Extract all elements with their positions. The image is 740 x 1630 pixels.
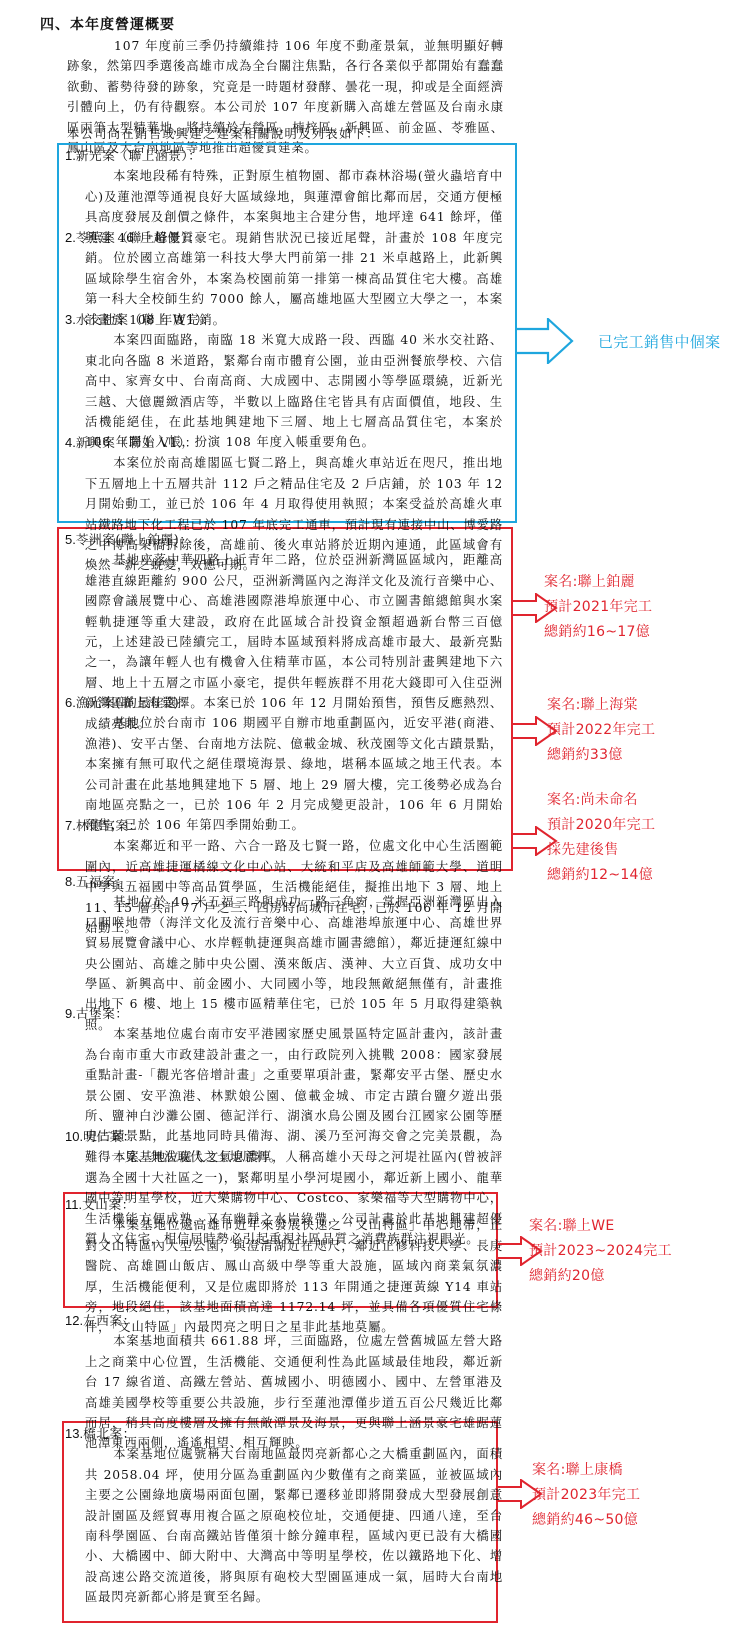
project-title: 苓洲案(聯上鉑麗)： — [76, 532, 193, 547]
document-page: 四、本年度營運概要 107 年度前三季仍持續維持 106 年度不動產景氣，並無明… — [0, 0, 740, 1630]
project-title: 新光案（聯上涵景）： — [76, 148, 202, 163]
haitang-annotation: 案名:聯上海棠 預計2022年完工 總銷約33億 — [547, 693, 655, 768]
project-title: 明仁案： — [83, 1129, 136, 1144]
unnamed-project-annotation: 案名:尚未命名 預計2020年完工 採先建後售 總銷約12~14億 — [547, 788, 655, 888]
list-intro: 本公司尚在銷售或興建之建案相關說明及列表如下： — [67, 124, 380, 144]
project-title: 林德官案： — [76, 818, 142, 833]
project-title: 五福案： — [76, 874, 129, 889]
project-item: 13.橋北案： 本案基地位處號稱大台南地區最閃亮新都心之大橋重劃區內，面積共 2… — [65, 1424, 505, 1608]
kangqiao-annotation: 案名:聯上康橋 預計2023年完工 總銷約46~50億 — [532, 1458, 640, 1533]
project-description: 本案基地位處號稱大台南地區最閃亮新都心之大橋重劃區內，面積共 2058.04 坪… — [85, 1447, 503, 1604]
project-title: 橋北案： — [83, 1426, 136, 1441]
boliy-annotation: 案名:聯上鉑麗 預計2021年完工 總銷約16~17億 — [544, 570, 652, 645]
project-title: 古堡案： — [76, 1006, 129, 1021]
project-title: 新興案（聯上 V1）： — [76, 435, 198, 450]
completed-projects-label: 已完工銷售中個案 — [598, 330, 720, 355]
project-title: 苓蕉案（聯上峰景）： — [76, 230, 202, 245]
project-item: 6.漁光案(聯上海棠)： 基地位於台南市 106 期國平自辦市地重劃區內，近安平… — [65, 693, 505, 836]
project-title: 漁光案(聯上海棠)： — [76, 695, 193, 710]
project-item: 3.水交社案（聯上 W1）： 本案四面臨路，南臨 18 米寬大成路一段、西臨 4… — [65, 310, 505, 453]
project-title: 水交社案（聯上 W1）： — [76, 312, 215, 327]
project-title: 左西案： — [83, 1313, 136, 1328]
we-annotation: 案名:聯上WE 預計2023~2024完工 總銷約20億 — [529, 1214, 672, 1289]
project-title: 文山案： — [82, 1197, 135, 1212]
right-arrow-icon — [516, 318, 574, 364]
section-heading: 四、本年度營運概要 — [40, 14, 175, 34]
